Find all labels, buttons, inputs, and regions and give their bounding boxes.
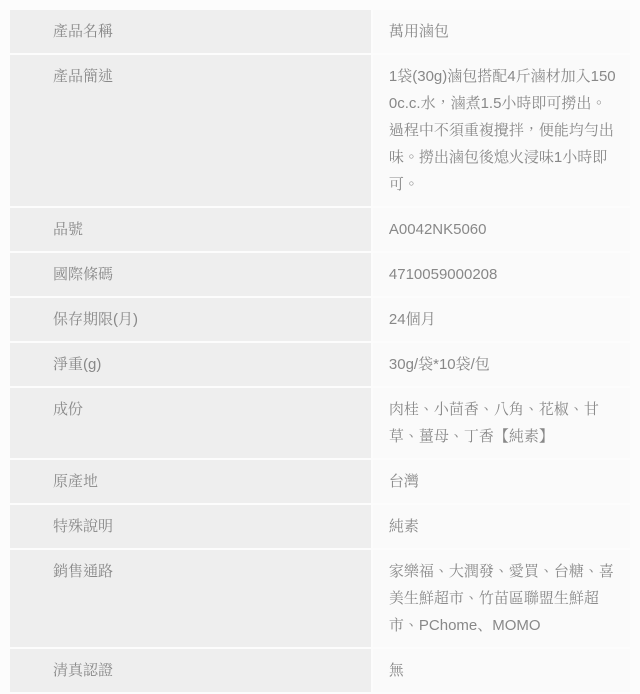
- spec-label: 淨重(g): [10, 343, 371, 386]
- spec-label: 國際條碼: [10, 253, 371, 296]
- table-row: 保存期限(月)24個月: [10, 298, 630, 341]
- spec-label: 成份: [10, 388, 371, 458]
- spec-value: A0042NK5060: [373, 208, 630, 251]
- table-row: 品號A0042NK5060: [10, 208, 630, 251]
- table-row: 淨重(g)30g/袋*10袋/包: [10, 343, 630, 386]
- product-spec-table-body: 產品名稱萬用滷包產品簡述1袋(30g)滷包搭配4斤滷材加入1500c.c.水，滷…: [10, 10, 630, 692]
- table-row: 清真認證無: [10, 649, 630, 692]
- table-row: 產品名稱萬用滷包: [10, 10, 630, 53]
- spec-label: 清真認證: [10, 649, 371, 692]
- product-spec-table: 產品名稱萬用滷包產品簡述1袋(30g)滷包搭配4斤滷材加入1500c.c.水，滷…: [8, 8, 632, 694]
- table-row: 銷售通路家樂福、大潤發、愛買、台糖、喜美生鮮超市、竹苗區聯盟生鮮超市、PChom…: [10, 550, 630, 647]
- spec-value: 肉桂、小茴香、八角、花椒、甘草、薑母、丁香【純素】: [373, 388, 630, 458]
- spec-label: 銷售通路: [10, 550, 371, 647]
- spec-label: 品號: [10, 208, 371, 251]
- spec-label: 產品名稱: [10, 10, 371, 53]
- table-row: 原產地台灣: [10, 460, 630, 503]
- spec-label: 保存期限(月): [10, 298, 371, 341]
- spec-value: 1袋(30g)滷包搭配4斤滷材加入1500c.c.水，滷煮1.5小時即可撈出。過…: [373, 55, 630, 206]
- spec-value: 家樂福、大潤發、愛買、台糖、喜美生鮮超市、竹苗區聯盟生鮮超市、PChome、MO…: [373, 550, 630, 647]
- spec-value: 24個月: [373, 298, 630, 341]
- spec-value: 無: [373, 649, 630, 692]
- spec-value: 台灣: [373, 460, 630, 503]
- spec-value: 純素: [373, 505, 630, 548]
- spec-label: 原產地: [10, 460, 371, 503]
- spec-label: 特殊說明: [10, 505, 371, 548]
- spec-label: 產品簡述: [10, 55, 371, 206]
- table-row: 國際條碼4710059000208: [10, 253, 630, 296]
- spec-value: 萬用滷包: [373, 10, 630, 53]
- spec-value: 30g/袋*10袋/包: [373, 343, 630, 386]
- table-row: 成份肉桂、小茴香、八角、花椒、甘草、薑母、丁香【純素】: [10, 388, 630, 458]
- spec-value: 4710059000208: [373, 253, 630, 296]
- table-row: 產品簡述1袋(30g)滷包搭配4斤滷材加入1500c.c.水，滷煮1.5小時即可…: [10, 55, 630, 206]
- table-row: 特殊說明純素: [10, 505, 630, 548]
